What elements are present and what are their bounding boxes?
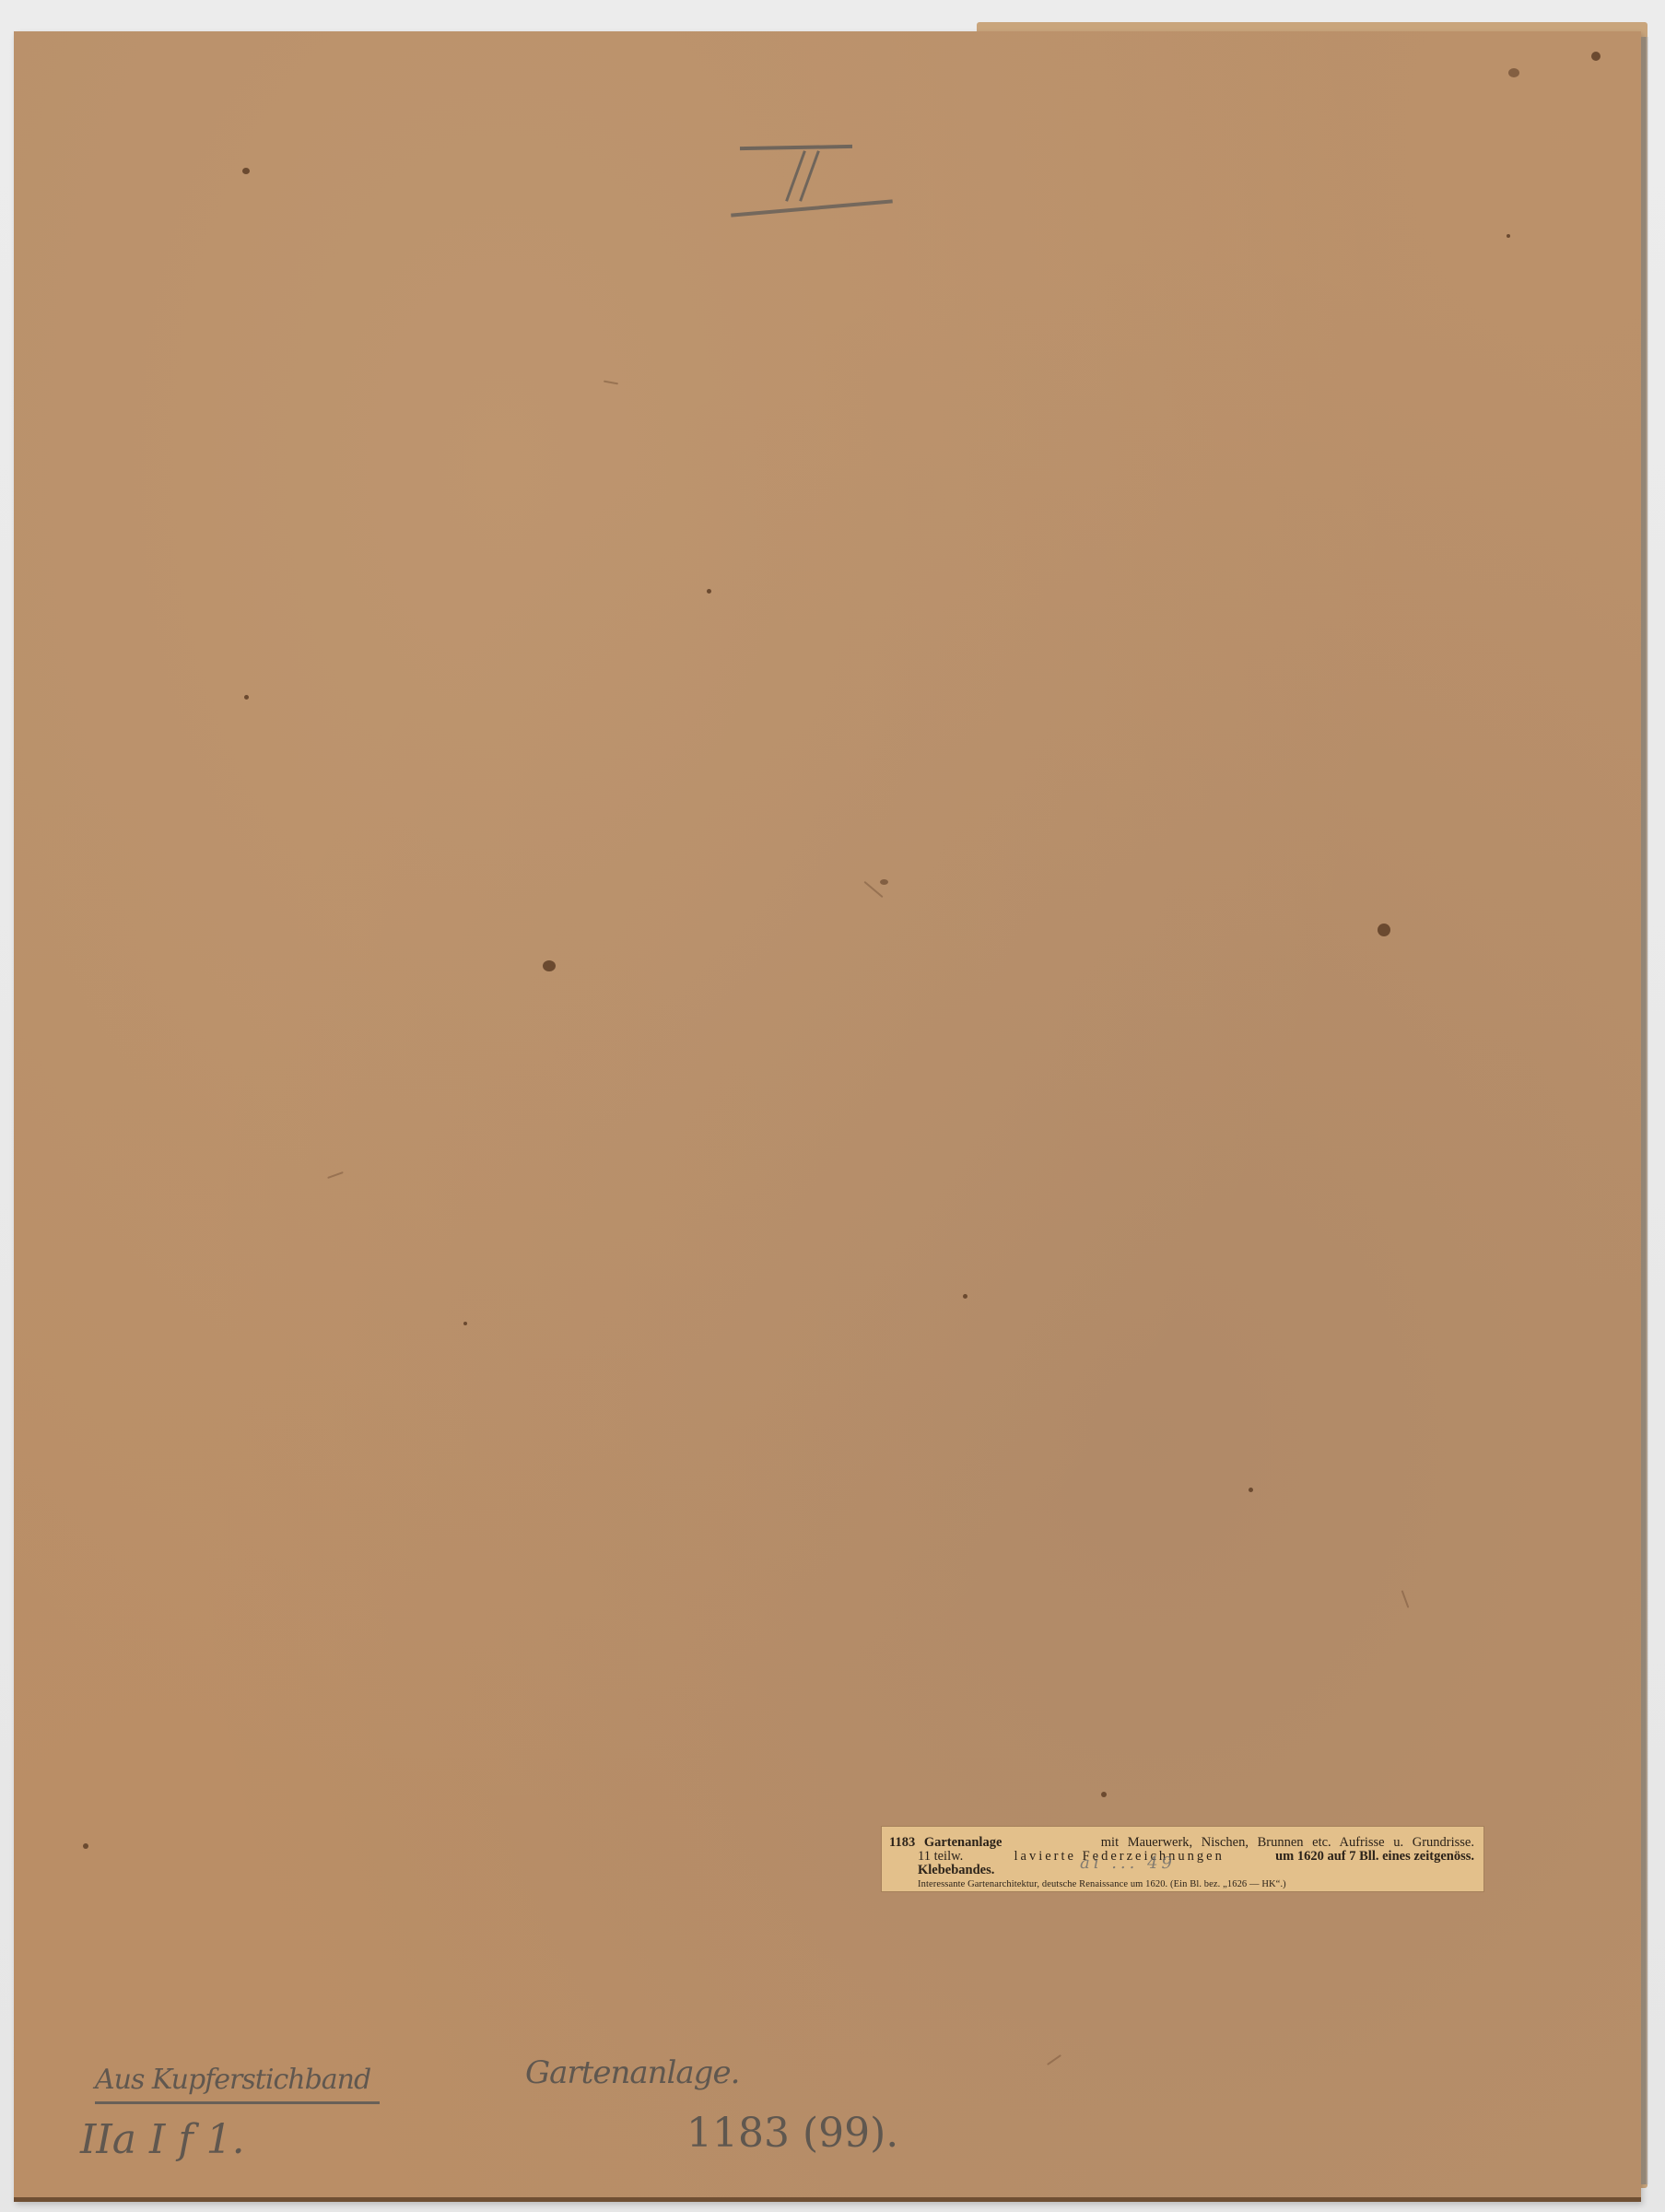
photo-background: 1183 Gartenanlage mit Mauerwerk, Nischen…	[0, 0, 1665, 2212]
mark-stroke	[731, 199, 893, 217]
handwritten-lot-number: 1183 (99).	[686, 2110, 898, 2157]
speck	[543, 960, 556, 971]
speck	[1101, 1792, 1107, 1797]
speck	[1508, 68, 1519, 77]
clipping-line-3: Klebebandes.	[918, 1864, 1474, 1877]
lot-note: Interessante Gartenarchitektur, deutsche…	[918, 1877, 1474, 1891]
leaf-edges	[1641, 37, 1648, 2184]
lot-description-2c: um 1620 auf 7 Bll. eines zeitgenöss.	[1275, 1850, 1474, 1864]
speck	[1507, 234, 1510, 238]
lot-description-1: mit Mauerwerk, Nischen, Brunnen etc. Auf…	[1101, 1836, 1474, 1850]
speck	[1591, 52, 1601, 61]
speck	[242, 168, 250, 174]
lot-description-3: Klebebandes.	[918, 1864, 994, 1877]
lot-title: Gartenanlage	[924, 1835, 1003, 1850]
handwritten-source-note: Aus Kupferstichband	[95, 2064, 380, 2104]
speck	[880, 879, 888, 885]
speck	[244, 695, 249, 700]
fiber	[604, 381, 618, 385]
handwritten-shelfmark: IIa I f 1.	[80, 2116, 245, 2163]
catalogue-clipping: 1183 Gartenanlage mit Mauerwerk, Nischen…	[882, 1827, 1483, 1891]
clipping-line-1: 1183 Gartenanlage mit Mauerwerk, Nischen…	[889, 1836, 1474, 1850]
fiber	[1401, 1590, 1410, 1607]
speck	[963, 1294, 967, 1299]
lot-description-2a: 11 teilw.	[918, 1850, 963, 1864]
board-cover: 1183 Gartenanlage mit Mauerwerk, Nischen…	[14, 31, 1641, 2202]
clipping-line-2: 11 teilw. lavierte Federzeichnungen um 1…	[918, 1850, 1474, 1864]
speck	[1249, 1488, 1253, 1492]
speck	[83, 1843, 88, 1849]
handwritten-title: Gartenanlage.	[525, 2054, 739, 2091]
roman-numeral-mark	[734, 135, 856, 208]
speck	[1378, 924, 1390, 936]
mark-stroke	[740, 145, 852, 150]
pencil-annotation: ai ... 49	[1080, 1856, 1176, 1870]
speck	[463, 1322, 467, 1325]
fiber	[327, 1171, 344, 1179]
fiber	[1047, 2054, 1061, 2065]
speck	[707, 589, 711, 594]
lot-number: 1183	[889, 1835, 915, 1850]
